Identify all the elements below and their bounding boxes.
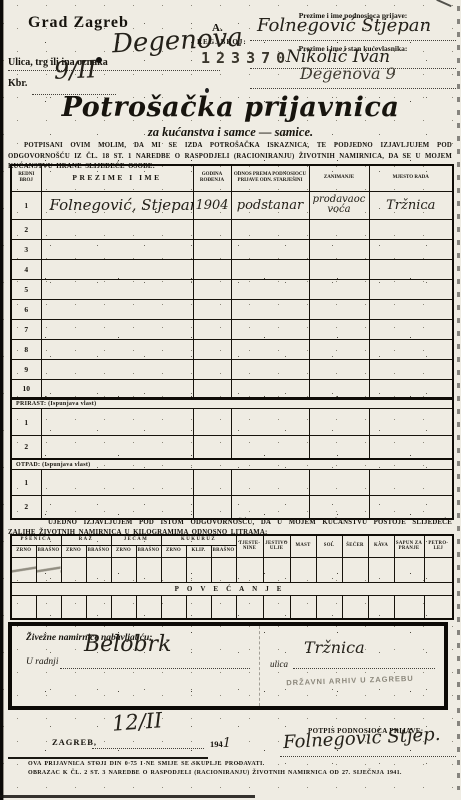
member-row-empty: 6	[11, 299, 453, 319]
otpad-label-row: OTPAD: (Ispunjava vlast)	[11, 459, 453, 470]
member-row-filled: 1 Folnegović, Stjepan 1904 podstanar pro…	[11, 191, 453, 219]
member-row-empty: 7	[11, 319, 453, 339]
povecanje-label: POVEĆANJE	[11, 582, 453, 595]
sub-zrno: ZRNO	[61, 545, 86, 557]
year-printed: 194	[210, 739, 223, 749]
pencil-mark-cell	[11, 557, 36, 582]
row-number: 9	[11, 359, 41, 379]
col-sapun: SAPUN ZA PRANJE	[394, 535, 424, 557]
applicant-handwritten-name: Folnegović Stjepan	[257, 15, 431, 36]
food-supplies-table: PŠENICA RAŽ JEČAM KUKURUZ TJESTE-NINE JE…	[10, 534, 454, 620]
members-header-row: REDNI BROJ PREZIME I IME GODINA ROĐENJA …	[11, 165, 453, 191]
group-raz: RAŽ	[61, 535, 111, 545]
row-number: 5	[11, 279, 41, 299]
prirast-label: PRIRAST: (Ispunjava vlast)	[11, 398, 453, 409]
otpad-row: 2	[11, 496, 453, 519]
street-field-label: ulica	[270, 659, 288, 669]
house-number-handwritten-value: 9/II	[54, 55, 97, 84]
pen-mark	[436, 0, 451, 7]
place-label: ZAGREB,	[52, 737, 97, 747]
member-occupation: prodavaoc voća	[309, 191, 369, 219]
prirast-row: 2	[11, 436, 453, 459]
sub-brasno: BRAŠNO	[36, 545, 61, 557]
household-members-table: REDNI BROJ PREZIME I IME GODINA ROĐENJA …	[10, 164, 454, 400]
pencil-mark-cell	[36, 557, 61, 582]
sub-klip: KLIP.	[186, 545, 211, 557]
member-workplace: Tržnica	[369, 191, 453, 219]
col-kava: KAVA	[368, 535, 394, 557]
otpad-table: OTPAD: (Ispunjava vlast) 1 2	[10, 458, 454, 520]
scan-edge-bottom	[0, 795, 255, 798]
house-number-label: Kbr.	[8, 78, 27, 89]
member-row-empty: 3	[11, 239, 453, 259]
row-number: 1	[11, 470, 41, 496]
member-row-empty: 2	[11, 219, 453, 239]
purchase-declaration-box: Živežne namirnice nabavljat ću: U radnji…	[8, 622, 448, 710]
member-row-empty: 5	[11, 279, 453, 299]
row-number: 2	[11, 436, 41, 459]
otpad-label: OTPAD: (Ispunjava vlast)	[11, 459, 453, 470]
col-header-redni-broj: REDNI BROJ	[11, 165, 41, 191]
row-number: 2	[11, 496, 41, 519]
member-row-empty: 8	[11, 339, 453, 359]
supplies-value-row	[11, 595, 453, 619]
member-row-empty: 4	[11, 259, 453, 279]
col-header-odnos: ODNOS PREMA PODNOSIOCU PRIJAVE ODN. STAR…	[231, 165, 309, 191]
shop-handwritten-value: Belobrk	[84, 632, 171, 657]
member-birth-year: 1904	[193, 191, 231, 219]
footer-price-note: OVA PRIJAVNICA STOJI DIN 0·75 I NE SMIJE…	[28, 761, 265, 767]
form-title: Potrošačka prijavnica	[0, 92, 461, 123]
year-field: 1941	[210, 736, 231, 751]
col-header-zanimanje: ZANIMANJE	[309, 165, 369, 191]
member-row-empty: 10	[11, 379, 453, 399]
sub-zrno: ZRNO	[111, 545, 136, 557]
section-letter: A.	[212, 22, 223, 34]
otpad-row: 1	[11, 470, 453, 496]
supplies-group-header-row: PŠENICA RAŽ JEČAM KUKURUZ TJESTE-NINE JE…	[11, 535, 453, 545]
row-number: 10	[11, 379, 41, 399]
sub-brasno: BRAŠNO	[211, 545, 236, 557]
col-header-godina-rodjenja: GODINA ROĐENJA	[193, 165, 231, 191]
member-name: Folnegović, Stjepan	[41, 191, 193, 219]
archive-stamp: DRŽAVNI ARHIV U ZAGREBU	[260, 673, 440, 688]
footer-regulation-note: OBRAZAC K ČL. 2 ST. 3 NAREDBE O RASPODJE…	[28, 770, 402, 776]
footer-rule	[8, 757, 208, 759]
sub-zrno: ZRNO	[161, 545, 186, 557]
col-mast: MAST	[290, 535, 316, 557]
registry-number-label: REG. BROJ:	[197, 38, 247, 46]
sub-brasno: BRAŠNO	[86, 545, 111, 557]
film-perforation-strip	[457, 6, 460, 790]
col-jestivo-ulje: JESTIVO ULJE	[263, 535, 290, 557]
row-number: 3	[11, 239, 41, 259]
prirast-row: 1	[11, 409, 453, 436]
landlord-handwritten-address: Degenova 9	[300, 64, 396, 83]
col-petrolej: PETRO-LEJ	[424, 535, 453, 557]
col-secer: ŠEĆER	[342, 535, 368, 557]
supplies-value-row	[11, 557, 453, 582]
row-number: 1	[11, 191, 41, 219]
row-number: 6	[11, 299, 41, 319]
row-number: 1	[11, 409, 41, 436]
group-psenica: PŠENICA	[11, 535, 61, 545]
col-header-prezime-ime: PREZIME I IME	[41, 165, 193, 191]
povecanje-row: POVEĆANJE	[11, 582, 453, 595]
street-handwritten-value: Tržnica	[304, 638, 365, 657]
group-kukuruz: KUKURUZ	[161, 535, 236, 545]
sub-zrno: ZRNO	[11, 545, 36, 557]
date-handwritten-value: 12/II	[111, 708, 163, 735]
group-jecam: JEČAM	[111, 535, 161, 545]
member-row-empty: 9	[11, 359, 453, 379]
scanned-form-page: Grad Zagreb Ulica, trg ili ina oznaka De…	[0, 0, 461, 800]
row-number: 2	[11, 219, 41, 239]
shop-field-label: U radnji	[26, 657, 58, 667]
member-relation: podstanar	[231, 191, 309, 219]
col-tjestenine: TJESTE-NINE	[236, 535, 263, 557]
prirast-label-row: PRIRAST: (Ispunjava vlast)	[11, 398, 453, 409]
row-number: 8	[11, 339, 41, 359]
row-number: 7	[11, 319, 41, 339]
col-sol: SOL	[316, 535, 342, 557]
prirast-table: PRIRAST: (Ispunjava vlast) 1 2	[10, 397, 454, 460]
form-subtitle: za kućanstva i samce — samice.	[0, 125, 461, 140]
year-handwritten-digit: 1	[223, 736, 231, 751]
sub-brasno: BRAŠNO	[136, 545, 161, 557]
col-header-mjesto-rada: MJESTO RADA	[369, 165, 453, 191]
fold-line	[259, 626, 260, 706]
row-number: 4	[11, 259, 41, 279]
